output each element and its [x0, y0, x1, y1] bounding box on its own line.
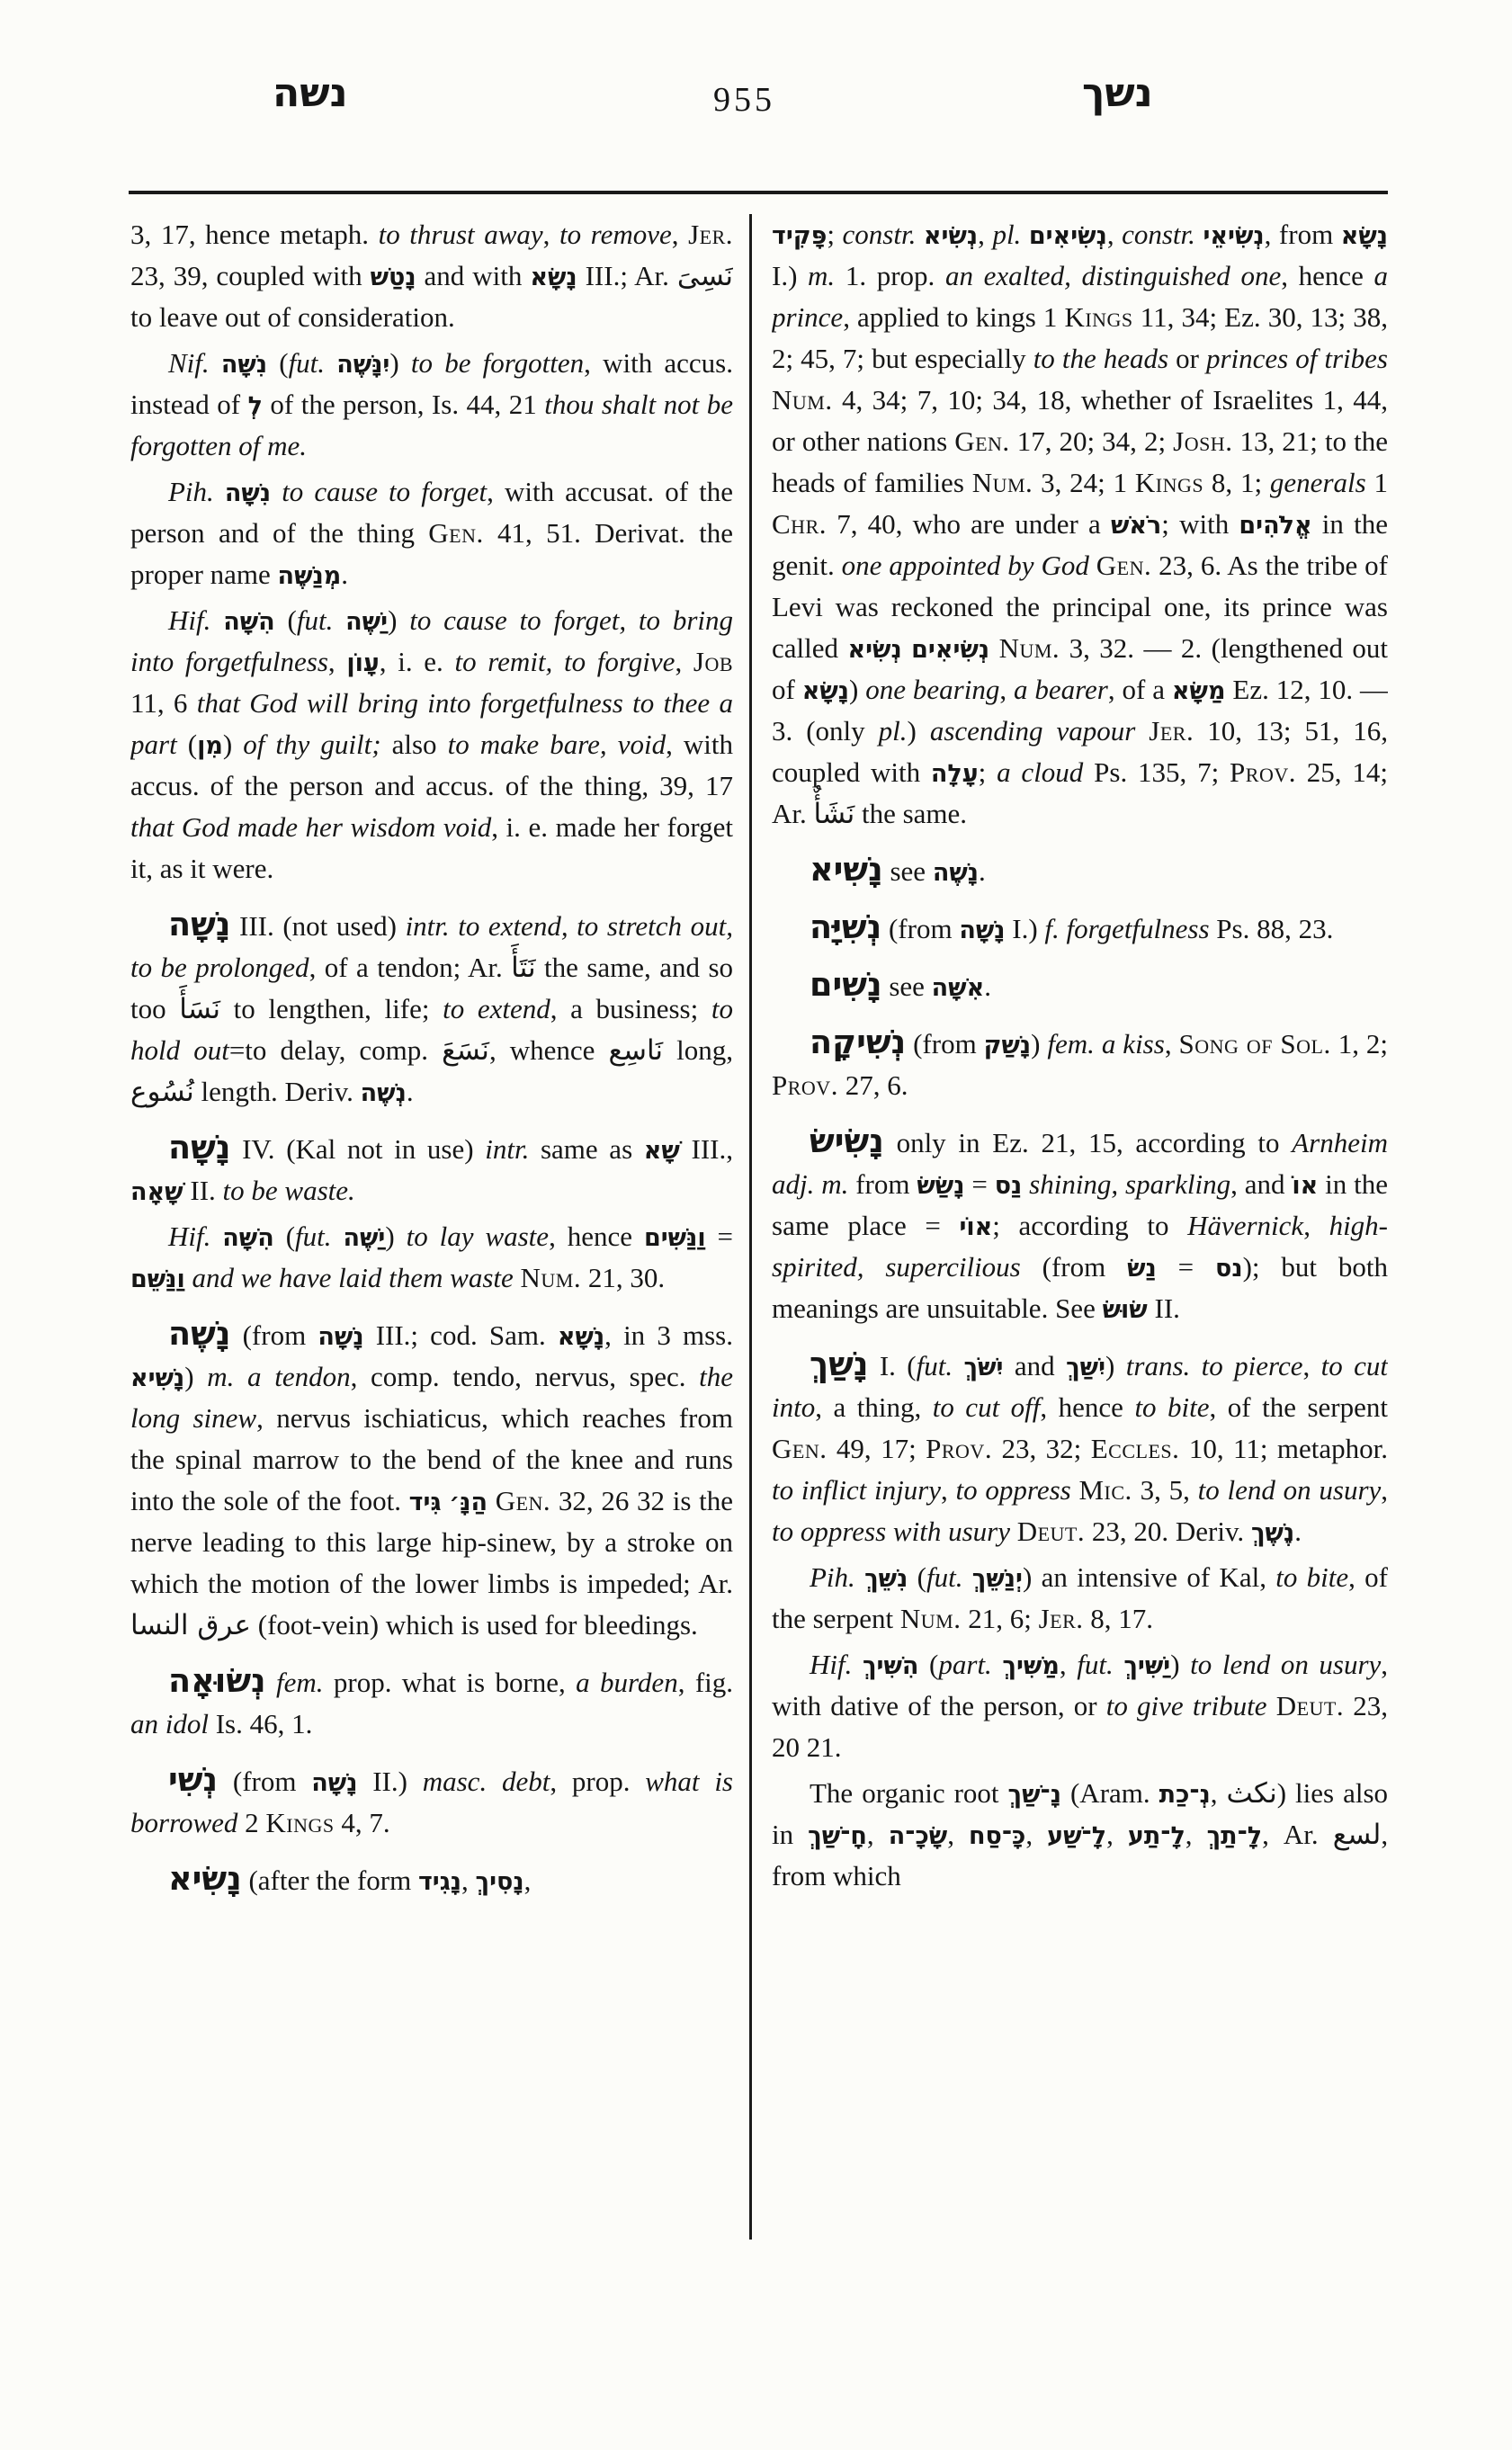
hebrew-word: נִשָּׁה: [221, 351, 267, 379]
hebrew-word: אוֹ: [1292, 1172, 1318, 1200]
text-run: I.): [772, 260, 808, 291]
text-run: Is. 46, 1.: [209, 1708, 312, 1739]
page-header: נשה 955 נשך: [0, 0, 1512, 191]
text-run: ,: [1165, 1028, 1179, 1060]
text-run-italic: m.: [808, 260, 835, 291]
text-run: 8, 1;: [1203, 467, 1270, 498]
book-ref: Gen.: [1096, 550, 1151, 581]
text-run: [1022, 1168, 1029, 1200]
text-run: (after the form: [242, 1864, 418, 1896]
hebrew-headword: נָשַׁךְ: [810, 1345, 868, 1383]
text-run-italic: constr.: [1122, 219, 1195, 250]
text-run-italic: Pih.: [810, 1561, 864, 1593]
hebrew-headword: נְשׂוּאָה: [168, 1661, 266, 1700]
hebrew-word: הִשָּׁה: [222, 1224, 274, 1252]
hebrew-word: נְשֶׁה: [361, 1079, 407, 1107]
text-run: ,: [461, 1864, 476, 1896]
text-run-italic: to extend: [443, 993, 550, 1024]
book-ref: Deut.: [1017, 1516, 1085, 1547]
hebrew-word: רֹאשׁ: [1111, 512, 1161, 540]
text-run: ,: [999, 674, 1014, 705]
text-run: 17, 20; 34, 2;: [1010, 425, 1173, 457]
hebrew-word: נֶשֶׁךְ: [1251, 1519, 1294, 1547]
text-run: ): [184, 1361, 207, 1392]
hebrew-word: אִשָּׁה: [932, 974, 985, 1002]
book-ref: Num.: [900, 1603, 962, 1634]
book-ref: Gen.: [496, 1485, 550, 1516]
text-run: ): [385, 1221, 406, 1252]
text-run: [962, 1561, 971, 1593]
text-block: 3, 17, hence metaph. to thrust away, to …: [130, 214, 1388, 2274]
text-run-italic: fem. a kiss: [1047, 1028, 1164, 1060]
book-ref: Prov.: [1230, 756, 1296, 788]
hebrew-word: מְנַשֶּׁה: [278, 562, 342, 590]
hebrew-word: הִשִּׁיךְ: [863, 1652, 919, 1680]
text-run: II.: [1148, 1292, 1180, 1324]
text-run-italic: that God made her wisdom void: [130, 811, 491, 843]
text-run: (: [188, 729, 197, 760]
entry-paragraph: נָשִׂישׂ only in Ez. 21, 15, according t…: [772, 1122, 1388, 1329]
text-run-italic: a burden: [576, 1667, 678, 1698]
hebrew-word: נָשַׂשׂ: [917, 1172, 964, 1200]
text-run: II.): [357, 1766, 422, 1797]
right-column: פָּקִיד; constr. נְשִׂיא, pl. נְשִׂיאִים…: [772, 214, 1388, 2274]
text-run: prop. what is borne,: [324, 1667, 577, 1698]
text-run-italic: to remit, to forgive: [454, 646, 675, 677]
text-run: (from: [218, 1766, 311, 1797]
left-column: 3, 17, hence metaph. to thrust away, to …: [130, 214, 733, 2274]
entry-paragraph: נְשִׁיָּה (from נָשָׁה I.) f. forgetfuln…: [772, 908, 1388, 950]
text-run: , hence: [1040, 1391, 1134, 1423]
text-run: 21, 30.: [581, 1262, 665, 1293]
text-run-italic: and we have laid them waste: [192, 1262, 520, 1293]
hebrew-headword: נְשִׁיקָה: [810, 1023, 906, 1061]
text-run-italic: m. a tendon: [207, 1361, 350, 1392]
hebrew-word: שָׁאָה: [130, 1178, 183, 1206]
hebrew-word: לָ־שַׁע: [1047, 1822, 1106, 1850]
text-run: 1. prop.: [835, 260, 945, 291]
text-run: , from: [1265, 219, 1341, 250]
text-run: =: [1157, 1251, 1215, 1283]
book-ref: Jer.: [688, 219, 733, 250]
text-run-italic: to give tribute: [1106, 1690, 1267, 1721]
book-ref: Num.: [999, 632, 1060, 664]
paragraph: פָּקִיד; constr. נְשִׂיא, pl. נְשִׂיאִים…: [772, 214, 1388, 835]
hebrew-word: מִן: [197, 732, 223, 760]
text-run: 7, 40, who are under a: [827, 508, 1111, 540]
text-run: (: [908, 1561, 926, 1593]
text-run-italic: to be forgotten: [411, 347, 584, 379]
text-run: I. (: [868, 1350, 916, 1381]
text-run: ; according to: [992, 1210, 1187, 1241]
hebrew-word: נָשֶׁה: [933, 859, 979, 887]
text-run: (: [274, 1221, 295, 1252]
text-run-italic: to remove: [559, 219, 672, 250]
arabic-word: نَتَأَ: [511, 952, 535, 984]
book-ref: Song of Sol.: [1179, 1028, 1331, 1060]
entry-paragraph: נָשִׁים see אִשָּׁה.: [772, 966, 1388, 1007]
hebrew-word: עָוֹן: [346, 649, 379, 677]
text-run-italic: f. forgetfulness: [1044, 913, 1209, 944]
text-run: only in Ez. 21, 15, according to: [884, 1127, 1292, 1158]
text-run: ,: [947, 1819, 969, 1850]
arabic-word: نُسُوع: [130, 1076, 194, 1108]
text-run: ,: [1060, 1649, 1077, 1680]
text-run: [1010, 1516, 1017, 1547]
hebrew-word: כָּ־סַח: [969, 1822, 1025, 1850]
text-run-italic: part.: [938, 1649, 991, 1680]
text-run-italic: Nif.: [168, 347, 221, 379]
text-run: 10, 11; metaphor.: [1179, 1433, 1388, 1464]
hebrew-word: לָ־תַךְ: [1207, 1822, 1263, 1850]
hebrew-word: הַנָּ׳: [449, 1489, 488, 1516]
text-run: 49, 17;: [827, 1433, 926, 1464]
text-run: of the person, Is. 44, 21: [263, 389, 544, 420]
text-run: , of the serpent: [1210, 1391, 1388, 1423]
text-run: .: [979, 855, 986, 887]
text-run: 3, 24; 1: [1033, 467, 1135, 498]
entry-paragraph: נָשִׂיא (after the form נָגִיד, נָסִיךְ,: [130, 1860, 733, 1901]
hebrew-word: מַשָּׂא: [1172, 677, 1226, 705]
text-run-italic: a bearer: [1014, 674, 1108, 705]
text-run: length. Deriv.: [194, 1076, 361, 1107]
text-run: ): [223, 729, 243, 760]
text-run: ,: [867, 1819, 889, 1850]
text-run: [1114, 1649, 1124, 1680]
hebrew-headword: נָשִׁיא: [810, 850, 883, 889]
book-ref: Gen.: [954, 425, 1009, 457]
text-run: .: [341, 559, 348, 590]
paragraph: Hif. הִשָּׁה (fut. יַשֶּׁה) to cause to …: [130, 600, 733, 890]
text-run: ; with: [1161, 508, 1239, 540]
text-run: to lengthen, life;: [220, 993, 443, 1024]
text-run: , of a: [1108, 674, 1172, 705]
text-run-italic: princes of tribes: [1206, 343, 1388, 374]
hebrew-word: גִּיד: [409, 1489, 442, 1516]
text-run: Ps. 135, 7;: [1083, 756, 1230, 788]
text-run: ,: [1025, 1819, 1047, 1850]
text-run-italic: fut.: [295, 1221, 343, 1252]
hebrew-headword: נָשִׂיא: [168, 1859, 242, 1898]
arabic-word: نَسَعَ: [442, 1034, 489, 1067]
book-ref: Deut.: [1276, 1690, 1344, 1721]
text-run-italic: Hif.: [168, 1221, 222, 1252]
hebrew-word: יְנַשֵּׁךְ: [972, 1565, 1023, 1593]
hebrew-word: נְשִׂיאִים: [1029, 222, 1107, 250]
hebrew-word: נָשָׂא: [802, 677, 849, 705]
hebrew-word: נָ־שַׁךְ: [1008, 1781, 1061, 1809]
book-ref: Josh.: [1173, 425, 1232, 457]
book-ref: Job: [693, 646, 733, 677]
text-run: ,: [1185, 1819, 1207, 1850]
text-run-italic: Hif.: [810, 1649, 863, 1680]
text-run-italic: constr.: [843, 219, 917, 250]
text-run: ,: [328, 646, 346, 677]
text-run: [989, 632, 998, 664]
hebrew-word: לְ: [248, 392, 263, 420]
text-run: ,: [1106, 1819, 1128, 1850]
text-run: ;: [979, 756, 997, 788]
text-run: ,: [1211, 1777, 1227, 1809]
text-run-italic: to thrust away: [379, 219, 543, 250]
text-run: , hence: [1281, 260, 1373, 291]
text-run: (from: [906, 1028, 983, 1060]
text-run-italic: fut.: [297, 604, 345, 636]
paragraph: Hif. הִשִּׁיךְ (part. מַשִּׁיךְ, fut. יַ…: [772, 1644, 1388, 1768]
text-run: .: [1294, 1516, 1302, 1547]
text-run: III.; Ar.: [577, 260, 677, 291]
hebrew-headword: נָשִׂישׂ: [810, 1122, 884, 1160]
text-run: ,: [543, 219, 559, 250]
header-rule: [129, 191, 1388, 194]
hebrew-word: יִנָּשֶׁה: [336, 351, 389, 379]
text-run: ): [388, 604, 409, 636]
text-run-italic: generals: [1270, 467, 1366, 498]
text-run: , fig.: [678, 1667, 733, 1698]
text-run: , hence: [549, 1221, 644, 1252]
entry-paragraph: נָשָׁה IV. (Kal not in use) intr. same a…: [130, 1129, 733, 1212]
text-run-italic: to lend on usury: [1198, 1474, 1382, 1506]
text-run-italic: to oppress: [956, 1474, 1071, 1506]
hebrew-word: נס: [1215, 1255, 1243, 1283]
text-run: [916, 219, 924, 250]
text-run: 23, 39, coupled with: [130, 260, 371, 291]
text-run: long,: [663, 1034, 733, 1066]
hebrew-headword: נָשָׁה: [168, 1128, 230, 1167]
entry-paragraph: נְשׂוּאָה fem. prop. what is borne, a bu…: [130, 1662, 733, 1745]
entry-paragraph: נְשִׁיקָה (from נָשַׁק) fem. a kiss, Son…: [772, 1024, 1388, 1106]
hebrew-headword: נְשִׁיָּה: [810, 908, 881, 946]
text-run-italic: to bite: [1134, 1391, 1209, 1423]
text-run: , Ar.: [1262, 1819, 1333, 1850]
text-run: also: [381, 729, 448, 760]
arabic-word: نَاسِع: [609, 1034, 664, 1067]
text-run: [442, 1485, 450, 1516]
text-run: (: [275, 604, 297, 636]
text-run-italic: an exalted, distinguished one: [945, 260, 1281, 291]
text-run: 1: [1366, 467, 1388, 498]
text-run-italic: masc. debt: [423, 1766, 550, 1797]
text-run: (from: [1021, 1251, 1127, 1283]
text-run-italic: one appointed by God: [842, 550, 1096, 581]
text-run: ,: [978, 219, 992, 250]
hebrew-word: לָ־תַע: [1128, 1822, 1185, 1850]
book-ref: Mic.: [1078, 1474, 1132, 1506]
text-run-italic: pl.: [992, 219, 1021, 250]
entry-paragraph: נָשָׁה III. (not used) intr. to extend, …: [130, 906, 733, 1113]
hebrew-word: נָטַשׁ: [371, 264, 416, 291]
page-number: 955: [713, 83, 775, 117]
arabic-word: نَسِىَ: [677, 260, 733, 292]
text-run: .: [407, 1076, 414, 1107]
hebrew-word: נָשִׁיא: [130, 1364, 184, 1392]
text-run-italic: to make bare, void: [448, 729, 667, 760]
arabic-word: نَشَأٌ: [814, 798, 855, 830]
text-run-italic: fut.: [917, 1350, 953, 1381]
text-run-italic: trans. to pierce: [1126, 1350, 1303, 1381]
book-ref: Kings: [1135, 467, 1203, 498]
text-run: 23, 20. Deriv.: [1085, 1516, 1251, 1547]
text-run: ): [1170, 1649, 1190, 1680]
text-run-italic: fut.: [289, 347, 337, 379]
text-run: =to delay, comp.: [229, 1034, 442, 1066]
text-run: (: [918, 1649, 938, 1680]
hebrew-word: נָגִיד: [418, 1868, 461, 1896]
text-run: ,: [1107, 219, 1122, 250]
book-ref: Prov.: [772, 1069, 838, 1101]
text-run-italic: fem.: [276, 1667, 324, 1698]
book-ref: Jer.: [1149, 715, 1194, 747]
text-run-italic: Hif.: [168, 604, 223, 636]
text-run: 4, 7.: [335, 1807, 390, 1838]
text-run-italic: to lay waste: [407, 1221, 549, 1252]
text-run: ) an intensive of Kal,: [1023, 1561, 1275, 1593]
text-run: (foot-vein) which is used for bleedings.: [251, 1609, 698, 1641]
header-keyword-right: נשך: [1082, 74, 1153, 113]
text-run: , and: [1230, 1168, 1292, 1200]
text-run: 3, 17, hence metaph.: [130, 219, 379, 250]
text-run: and with: [416, 260, 531, 291]
text-run-italic: to cut off: [933, 1391, 1041, 1423]
paragraph: The organic root נָ־שַׁךְ (Aram. נְ־כַת,…: [772, 1773, 1388, 1897]
hebrew-word: נָשָׁא: [558, 1323, 604, 1351]
text-run: to leave out of consideration.: [130, 301, 455, 333]
text-run: .: [984, 970, 991, 1002]
text-run-italic: shining, sparkling: [1029, 1168, 1230, 1200]
text-run: I.): [1006, 913, 1045, 944]
hebrew-word: נָשָׁה: [318, 1323, 363, 1351]
hebrew-word: מַשִּׁיךְ: [1002, 1652, 1060, 1680]
paragraph: Pih. נִשָּׁה to cause to forget, with ac…: [130, 471, 733, 595]
text-run: The organic root: [810, 1777, 1008, 1809]
hebrew-word: חָ־שַׁךְ: [808, 1822, 867, 1850]
text-run: 21, 6;: [961, 1603, 1038, 1634]
text-run-italic: to oppress with usury: [772, 1516, 1010, 1547]
hebrew-word: הִשָּׁה: [223, 608, 275, 636]
hebrew-word: יִשֹּׁךְ: [964, 1354, 1004, 1381]
text-run: see: [883, 855, 933, 887]
text-run: , of a tendon; Ar.: [309, 952, 512, 983]
book-ref: Eccles.: [1091, 1433, 1180, 1464]
text-run: [1021, 219, 1029, 250]
text-run: and: [1004, 1350, 1067, 1381]
text-run-italic: of thy guilt;: [243, 729, 380, 760]
text-run-italic: Pih.: [168, 476, 225, 507]
hebrew-word: נִשָּׁה: [225, 479, 271, 507]
arabic-word: عرق النسا: [130, 1609, 251, 1641]
text-run: =: [706, 1221, 733, 1252]
text-run: see: [882, 970, 932, 1002]
text-run: ;: [827, 219, 842, 250]
text-run-italic: a cloud: [997, 756, 1083, 788]
paragraph: Nif. נִשָּׁה (fut. יִנָּשֶׁה) to be forg…: [130, 343, 733, 467]
paragraph: Hif. הִשָּׁה (fut. יַשֶּׁה) to lay waste…: [130, 1216, 733, 1299]
text-run: ,: [672, 219, 688, 250]
text-run-italic: fut.: [1077, 1649, 1113, 1680]
text-run: ,: [1303, 1210, 1329, 1241]
hebrew-word: נַס: [995, 1172, 1023, 1200]
hebrew-word: נְשִׂיא: [924, 222, 978, 250]
text-run: same as: [529, 1133, 643, 1165]
text-run: ,: [1381, 1474, 1388, 1506]
text-run: or: [1168, 343, 1206, 374]
hebrew-word: נָשָׁה: [311, 1769, 357, 1797]
hebrew-word: יַשֶּׁה: [345, 608, 388, 636]
text-run: [902, 632, 911, 664]
text-run: , prop.: [550, 1766, 645, 1797]
hebrew-word: וַנַּשִּׁים: [644, 1224, 706, 1252]
hebrew-word: נְשִׂיא: [847, 636, 901, 664]
text-run: , applied to kings 1: [843, 301, 1064, 333]
hebrew-word: נָשָׂא: [1341, 222, 1388, 250]
hebrew-word: יִשַּׁךְ: [1066, 1354, 1105, 1381]
text-run: ,: [675, 646, 693, 677]
text-run-italic: to be waste.: [223, 1175, 355, 1206]
entry-paragraph: נָשַׁךְ I. (fut. יִשֹּׁךְ and יִשַּׁךְ) …: [772, 1346, 1388, 1552]
hebrew-word: יַשִּׁיךְ: [1123, 1652, 1170, 1680]
text-run: III.; cod. Sam.: [364, 1319, 558, 1351]
hebrew-word: נִשֵּׁךְ: [864, 1565, 908, 1593]
hebrew-word: וַנַּשֵּׁם: [130, 1265, 185, 1293]
text-run: , comp. tendo, nervus, spec.: [351, 1361, 700, 1392]
hebrew-word: נָשַׁק: [984, 1032, 1032, 1060]
entry-paragraph: נָשֶׁה (from נָשָׁה III.; cod. Sam. נָשָ…: [130, 1315, 733, 1646]
text-run-italic: pl.: [879, 715, 908, 747]
text-run: [992, 1649, 1003, 1680]
text-run: III.,: [680, 1133, 733, 1165]
column-divider-rule: [749, 214, 752, 2240]
arabic-word: نَسَأَ: [179, 993, 220, 1025]
book-ref: Chr.: [772, 508, 827, 540]
text-run-italic: an idol: [130, 1708, 209, 1739]
text-run: [1267, 1690, 1276, 1721]
text-run: 27, 6.: [838, 1069, 908, 1101]
text-run: the same.: [854, 798, 967, 829]
text-run-italic: to the heads: [1033, 343, 1168, 374]
text-run: II.: [183, 1175, 223, 1206]
hebrew-word: נָשָׂא: [530, 264, 577, 291]
text-run-italic: fut.: [926, 1561, 962, 1593]
hebrew-word: שָׁא: [644, 1137, 680, 1165]
text-run: from: [848, 1168, 917, 1200]
hebrew-word: נְ־כַת: [1159, 1781, 1211, 1809]
hebrew-word: אוֹי: [959, 1213, 992, 1241]
hebrew-word: פָּקִיד: [772, 222, 827, 250]
text-run: 23, 32;: [992, 1433, 1091, 1464]
text-run: , a business;: [550, 993, 711, 1024]
text-run: , in 3 mss.: [604, 1319, 733, 1351]
text-run: ): [1031, 1028, 1047, 1060]
hebrew-word: נַשׂ: [1127, 1255, 1157, 1283]
text-run: , whence: [489, 1034, 609, 1066]
book-ref: Kings: [265, 1807, 334, 1838]
dictionary-page: נשה 955 נשך 3, 17, hence metaph. to thru…: [0, 0, 1512, 2450]
text-run: (from: [230, 1319, 318, 1351]
hebrew-word: נָשָׁה: [959, 917, 1005, 944]
text-run-italic: intr.: [485, 1133, 529, 1165]
book-ref: Gen.: [772, 1433, 827, 1464]
text-run: 11, 6: [130, 687, 197, 719]
text-run: 8, 17.: [1084, 1603, 1154, 1634]
text-run: ): [389, 347, 411, 379]
text-run: 3, 5,: [1132, 1474, 1198, 1506]
text-run: ,: [1302, 1350, 1320, 1381]
book-ref: Kings: [1064, 301, 1132, 333]
hebrew-headword: נָשֶׁה: [168, 1314, 230, 1353]
text-run-italic: one bearing: [865, 674, 999, 705]
text-run: [266, 1667, 276, 1698]
text-run: , a thing,: [815, 1391, 932, 1423]
